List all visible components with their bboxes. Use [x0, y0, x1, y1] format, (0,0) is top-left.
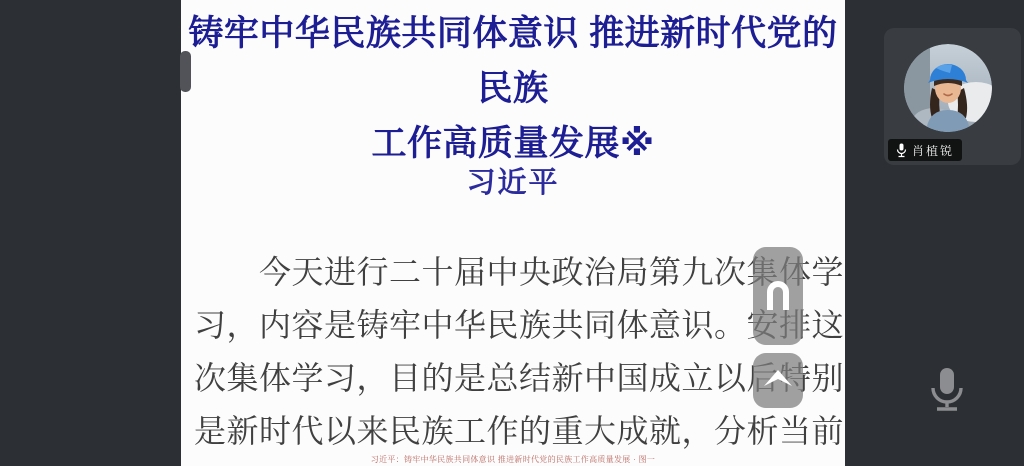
document-running-footer: 习近平：铸牢中华民族共同体意识 推进新时代党的民族工作高质量发展 · 图一: [181, 454, 845, 465]
document-paragraph: 今天进行二十届中央政治局第九次集体学 习，内容是铸牢中华民族共同体意识。安排这 …: [194, 246, 839, 458]
document-title-line-1: 铸牢中华民族共同体意识 推进新时代党的民族: [181, 6, 845, 116]
paragraph-line: 习，内容是铸牢中华民族共同体意识。安排这: [194, 299, 839, 352]
microphone-icon[interactable]: [929, 366, 965, 412]
page-up-button[interactable]: [753, 353, 803, 408]
paragraph-line: 今天进行二十届中央政治局第九次集体学: [194, 246, 839, 299]
swipe-up-icon: [763, 277, 793, 316]
participant-avatar: [904, 44, 992, 132]
shared-document: 铸牢中华民族共同体意识 推进新时代党的民族 工作高质量发展※ 习近平 今天进行二…: [181, 0, 845, 466]
participant-name-badge: 肖植锐: [888, 139, 962, 161]
participant-name: 肖植锐: [912, 142, 954, 159]
document-title: 铸牢中华民族共同体意识 推进新时代党的民族 工作高质量发展※: [181, 6, 845, 171]
microphone-on-icon: [896, 143, 907, 158]
document-author: 习近平: [181, 160, 845, 201]
paragraph-line: 是新时代以来民族工作的重大成就，分析当前: [194, 405, 839, 458]
chevron-up-icon: [763, 369, 793, 393]
meeting-screen: 铸牢中华民族共同体意识 推进新时代党的民族 工作高质量发展※ 习近平 今天进行二…: [0, 0, 1024, 466]
scrollbar-handle[interactable]: [180, 51, 191, 92]
participant-video-tile[interactable]: 肖植锐: [884, 28, 1021, 165]
paragraph-line: 次集体学习，目的是总结新中国成立以后特别: [194, 352, 839, 405]
swipe-up-button[interactable]: [753, 247, 803, 345]
